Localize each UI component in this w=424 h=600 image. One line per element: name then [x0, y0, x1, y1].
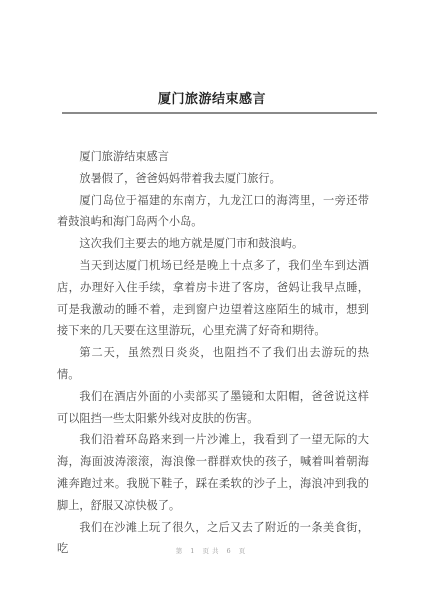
- title-divider: [62, 112, 377, 114]
- document-body: 厦门旅游结束感言 放暑假了，爸爸妈妈带着我去厦门旅行。 厦门岛位于福建的东南方，…: [57, 146, 369, 560]
- paragraph: 我们沿着环岛路来到一片沙滩上，我看到了一望无际的大海，海面波涛滚滚，海浪像一群群…: [57, 429, 369, 516]
- page-number-footer: 第 1 页共 6 页: [0, 546, 424, 555]
- document-page: 厦门旅游结束感言 厦门旅游结束感言 放暑假了，爸爸妈妈带着我去厦门旅行。 厦门岛…: [0, 0, 424, 600]
- document-title: 厦门旅游结束感言: [0, 88, 424, 107]
- paragraph: 厦门旅游结束感言: [57, 146, 369, 168]
- paragraph: 放暑假了，爸爸妈妈带着我去厦门旅行。: [57, 168, 369, 190]
- paragraph: 这次我们主要去的地方就是厦门市和鼓浪屿。: [57, 233, 369, 255]
- paragraph: 当天到达厦门机场已经是晚上十点多了，我们坐车到达酒店，办理好入住手续，拿着房卡进…: [57, 255, 369, 342]
- paragraph: 厦门岛位于福建的东南方，九龙江口的海湾里，一旁还带着鼓浪屿和海门岛两个小岛。: [57, 190, 369, 234]
- paragraph: 我们在酒店外面的小卖部买了墨镜和太阳帽，爸爸说这样可以阻挡一些太阳紫外线对皮肤的…: [57, 386, 369, 430]
- paragraph: 第二天，虽然烈日炎炎，也阻挡不了我们出去游玩的热情。: [57, 342, 369, 386]
